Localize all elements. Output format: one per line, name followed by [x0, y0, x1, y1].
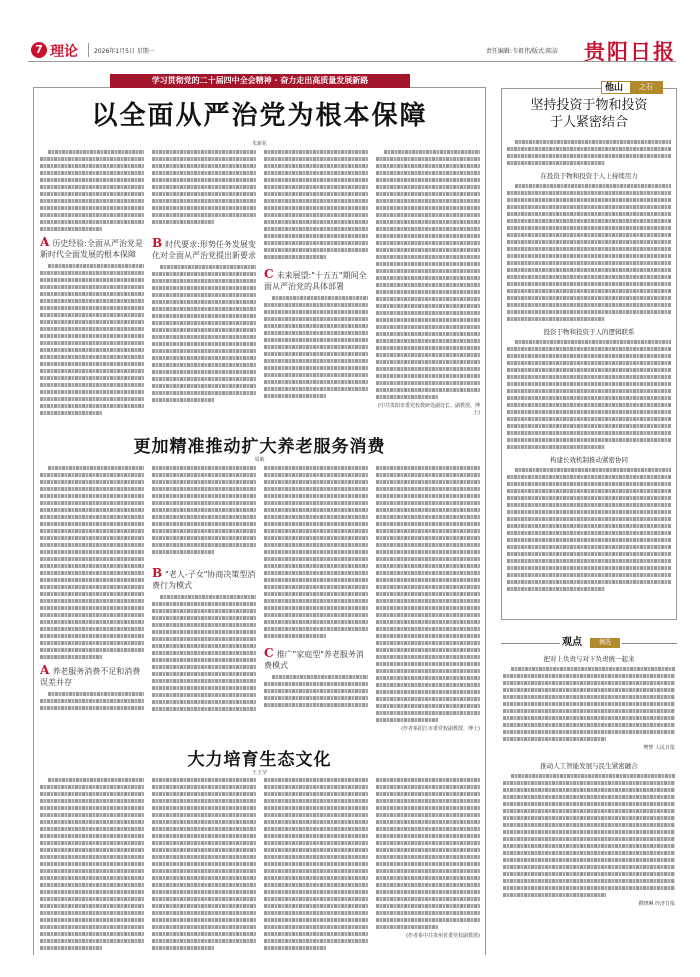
kicker-banner: 学习贯彻党的二十届四中全会精神 · 奋力走出高质量发展新路	[110, 74, 410, 88]
sidebar-tab-subtitle: 之石	[630, 82, 662, 93]
main-article-column-2: B时代要求:形势任务发展变化对全面从严治党提出新要求	[152, 150, 256, 405]
newspaper-logo: 贵阳日报	[584, 36, 676, 66]
masthead: 7 理论 2026年1月5日 星期一 责任编辑:韦祖伟/版式:陈洁 贵阳日报	[28, 40, 676, 62]
sidebar-headline[interactable]: 坚持投资于物和投资于人紧密结合	[501, 97, 677, 131]
second-subhead-c: C推广"家庭型"养老服务消费模式	[264, 648, 368, 671]
viewpoint-item-2-source: 瞿晓琳 经济日报	[503, 900, 675, 907]
sidebar-section-2-title: 投资于物和投资于人的逻辑联系	[507, 327, 671, 336]
section-name: 理论	[50, 41, 78, 61]
viewpoint-item-1-source: 樊黎 人民日报	[503, 744, 675, 751]
subhead-c: C未来展望:"十五五"期间全面从严治党的具体部署	[264, 269, 368, 292]
main-byline: 朱新花	[33, 140, 486, 147]
viewpoint-tab-title: 观点	[562, 636, 582, 650]
main-article-column-4: (中共贵阳市委党校教研处副处长、副教授、博士)	[376, 150, 480, 416]
subhead-a: A历史经验:全面从严治党是新时代全面发展的根本保障	[40, 237, 144, 260]
second-byline: 周敏	[33, 456, 486, 463]
sidebar-tab-title: 他山	[605, 82, 623, 94]
third-article-column-1	[40, 778, 144, 953]
page-number-badge: 7	[31, 42, 47, 58]
viewpoint-tab: 观点 摘选	[560, 636, 622, 650]
main-article-signoff: (中共贵阳市委党校教研处副处长、副教授、博士)	[376, 402, 480, 416]
third-byline: 王玉莹	[33, 769, 486, 776]
third-headline[interactable]: 大力培育生态文化	[33, 745, 486, 770]
second-article-column-1: A养老服务消费不足和消费误差并存	[40, 466, 144, 713]
sidebar-tab: 他山 之石	[601, 81, 663, 94]
sidebar-body: 在投资于物和投资于人上持续用力 投资于物和投资于人的逻辑联系 构建长效机制推动紧…	[507, 140, 671, 594]
editor-credits: 责任编辑:韦祖伟/版式:陈洁	[486, 46, 558, 55]
viewpoint-tab-subtitle: 摘选	[590, 638, 620, 648]
viewpoint-item-2-title[interactable]: 推动人工智能发展与民生紧密融合	[503, 761, 675, 770]
third-article-column-4: (作者系中共贵州省委党校副教授)	[376, 778, 480, 939]
second-article-column-4: (作者系阳江市委党校副教授、博士)	[376, 466, 480, 732]
second-article-column-3: C推广"家庭型"养老服务消费模式	[264, 466, 368, 710]
second-subhead-a: A养老服务消费不足和消费误差并存	[40, 665, 144, 688]
third-article-column-3	[264, 778, 368, 953]
subhead-b: B时代要求:形势任务发展变化对全面从严治党提出新要求	[152, 238, 256, 261]
sidebar-section-1-title: 在投资于物和投资于人上持续用力	[507, 171, 671, 180]
main-article-column-1: A历史经验:全面从严治党是新时代全面发展的根本保障	[40, 150, 144, 418]
viewpoint-item-1-title[interactable]: 把对上负责与对下负责统一起来	[503, 654, 675, 663]
sidebar-section-3-title: 构建长效机制推动紧密协同	[507, 455, 671, 464]
third-article-signoff: (作者系中共贵州省委党校副教授)	[376, 932, 480, 939]
second-article-signoff: (作者系阳江市委党校副教授、博士)	[376, 725, 480, 732]
issue-date: 2026年1月5日 星期一	[94, 46, 155, 55]
main-article-column-3: C未来展望:"十五五"期间全面从严治党的具体部署	[264, 150, 368, 401]
second-headline[interactable]: 更加精准推动扩大养老服务消费	[33, 432, 486, 457]
second-subhead-b: B"老人-子女"协商决策型消费行为模式	[152, 568, 256, 591]
viewpoint-body: 把对上负责与对下负责统一起来 樊黎 人民日报 推动人工智能发展与民生紧密融合 瞿…	[503, 654, 675, 907]
divider	[88, 43, 89, 57]
second-article-column-2: B"老人-子女"协商决策型消费行为模式	[152, 466, 256, 714]
main-headline[interactable]: 以全面从严治党为根本保障	[33, 95, 486, 132]
third-article-column-2	[152, 778, 256, 953]
